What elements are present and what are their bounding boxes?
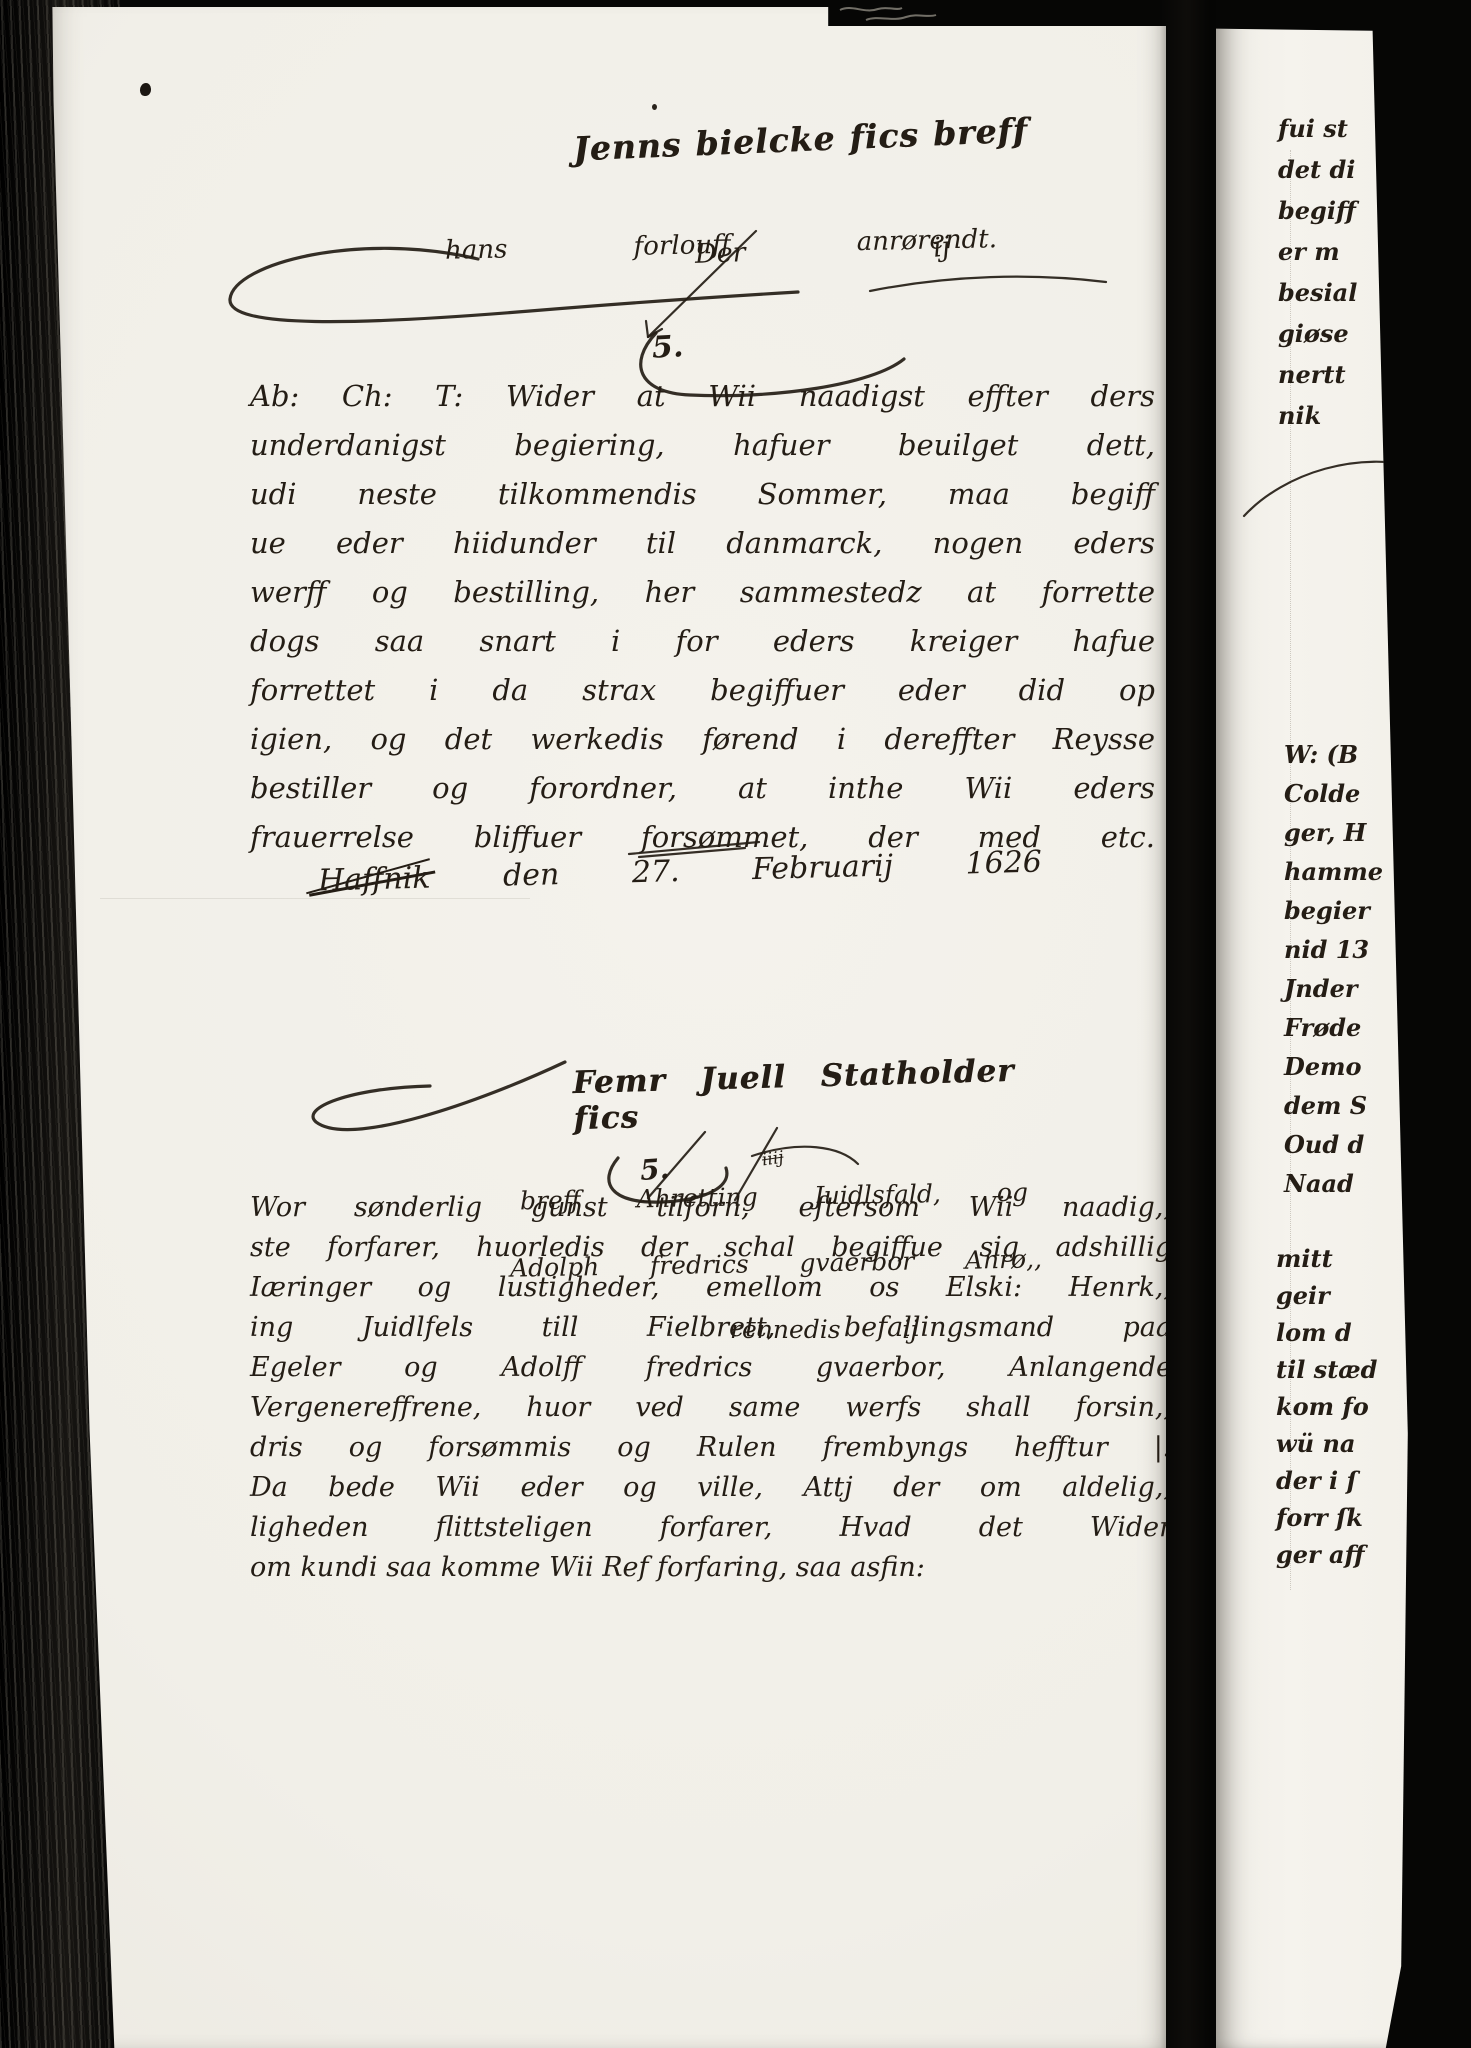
fragment-line: besial	[1278, 272, 1357, 313]
right-page-sliver: fui st det di begiff er m besial giøse n…	[1212, 0, 1432, 2048]
text-line: om kundi saa komme Wii Ref forfaring, sa…	[250, 1548, 1172, 1588]
fragment-line: fui st	[1278, 108, 1357, 149]
entry1-paragraph: Ab: Ch: T: Wider at Wii naadigst effter …	[250, 372, 1155, 862]
text-line: dris og forsømmis og Rulen frembyngs hef…	[250, 1428, 1172, 1468]
fragment-line: Jnder	[1284, 969, 1383, 1008]
ink-speck	[652, 104, 657, 110]
right-page-fragments-top: fui st det di begiff er m besial giøse n…	[1278, 108, 1357, 436]
text-line: udi neste tilkommendis Sommer, maa begif…	[250, 470, 1155, 519]
text-line: Wor sønderlig gunst tilforn, eftersom Wi…	[250, 1188, 1172, 1228]
fragment-line: mitt	[1276, 1240, 1377, 1277]
text-line: Iæringer og lustigheder, emellom os Elsk…	[250, 1268, 1172, 1308]
text-line: underdanigst begiering, hafuer beuilget …	[250, 421, 1155, 470]
paper-crease	[100, 898, 530, 899]
fragment-line: Colde	[1284, 774, 1383, 813]
fragment-line: nertt	[1278, 354, 1357, 395]
fragment-line: er m	[1278, 231, 1357, 272]
fragment-line: dem S	[1284, 1086, 1383, 1125]
fragment-line: begier	[1284, 891, 1383, 930]
entry1-heading-line1: Jenns bielcke fics breff	[572, 110, 1028, 168]
fragment-line: wü na	[1276, 1425, 1377, 1462]
fragment-line: det di	[1278, 149, 1357, 190]
fragment-line: Frøde	[1284, 1008, 1383, 1047]
fragment-line: geir	[1276, 1277, 1377, 1314]
fragment-line: giøse	[1278, 313, 1357, 354]
text-line: Vergenereffrene, huor ved same werfs sha…	[250, 1388, 1172, 1428]
right-page-flourish	[1230, 438, 1430, 533]
fragment-line: forr ſk	[1276, 1499, 1377, 1536]
fragment-line: Oud d	[1284, 1125, 1383, 1164]
fragment-line: W: (B	[1284, 735, 1383, 774]
fragment-line: lom d	[1276, 1314, 1377, 1351]
right-page-fragments-middle: W: (B Colde ger, H hamme begier nid 13 J…	[1284, 735, 1383, 1203]
fragment-line: begiff	[1278, 190, 1357, 231]
fragment-line: nik	[1278, 395, 1357, 436]
ink-blot	[140, 83, 151, 96]
right-page-fragments-bottom: mitt geir lom d til stæd kom fo wü na de…	[1276, 1240, 1377, 1573]
text-line: bestiller og forordner, at inthe Wii ede…	[250, 764, 1155, 813]
fragment-line: Naad	[1284, 1164, 1383, 1203]
text-line: werff og bestilling, her sammestedz at f…	[250, 568, 1155, 617]
text-line: forrettet i da strax begiffuer eder did …	[250, 666, 1155, 715]
struck-place-name: Haffnik	[318, 861, 431, 899]
text-line: igien, og det werkedis førend i dereffte…	[250, 715, 1155, 764]
section-marker-2: 5.	[639, 1152, 670, 1187]
text-line: Ab: Ch: T: Wider at Wii naadigst effter …	[250, 372, 1155, 421]
fragment-line: ger aff	[1276, 1536, 1377, 1573]
manuscript-book-scan: Jenns bielcke fics breff hans forlouff a…	[0, 0, 1471, 2048]
text-line: ing Juidlfels till Fielbrett, befallings…	[250, 1308, 1172, 1348]
fragment-line: Demo	[1284, 1047, 1383, 1086]
top-edge-squiggle-mark	[838, 2, 938, 26]
left-page: Jenns bielcke fics breff hans forlouff a…	[40, 0, 1166, 2048]
text-line: Da bede Wii eder og ville, Attj der om a…	[250, 1468, 1172, 1508]
text-line: dogs saa snart i for eders kreiger hafue	[250, 617, 1155, 666]
text-line: ligheden flittsteligen forfarer, Hvad de…	[250, 1508, 1172, 1548]
text-line: Egeler og Adolff fredrics gvaerbor, Anla…	[250, 1348, 1172, 1388]
fragment-line: der i ſ	[1276, 1462, 1377, 1499]
fragment-line: kom fo	[1276, 1388, 1377, 1425]
fragment-line: til stæd	[1276, 1351, 1377, 1388]
fragment-line: nid 13	[1284, 930, 1383, 969]
text-line: ue eder hiidunder til danmarck, nogen ed…	[250, 519, 1155, 568]
fragment-line: hamme	[1284, 852, 1383, 891]
fragment-line: ger, H	[1284, 813, 1383, 852]
entry2-paragraph: Wor sønderlig gunst tilforn, eftersom Wi…	[250, 1188, 1172, 1588]
text-line: ste forfarer, huorledis der schal begiff…	[250, 1228, 1172, 1268]
gutter-shadow	[1160, 0, 1216, 2048]
section-marker-1: 5.	[651, 329, 684, 366]
